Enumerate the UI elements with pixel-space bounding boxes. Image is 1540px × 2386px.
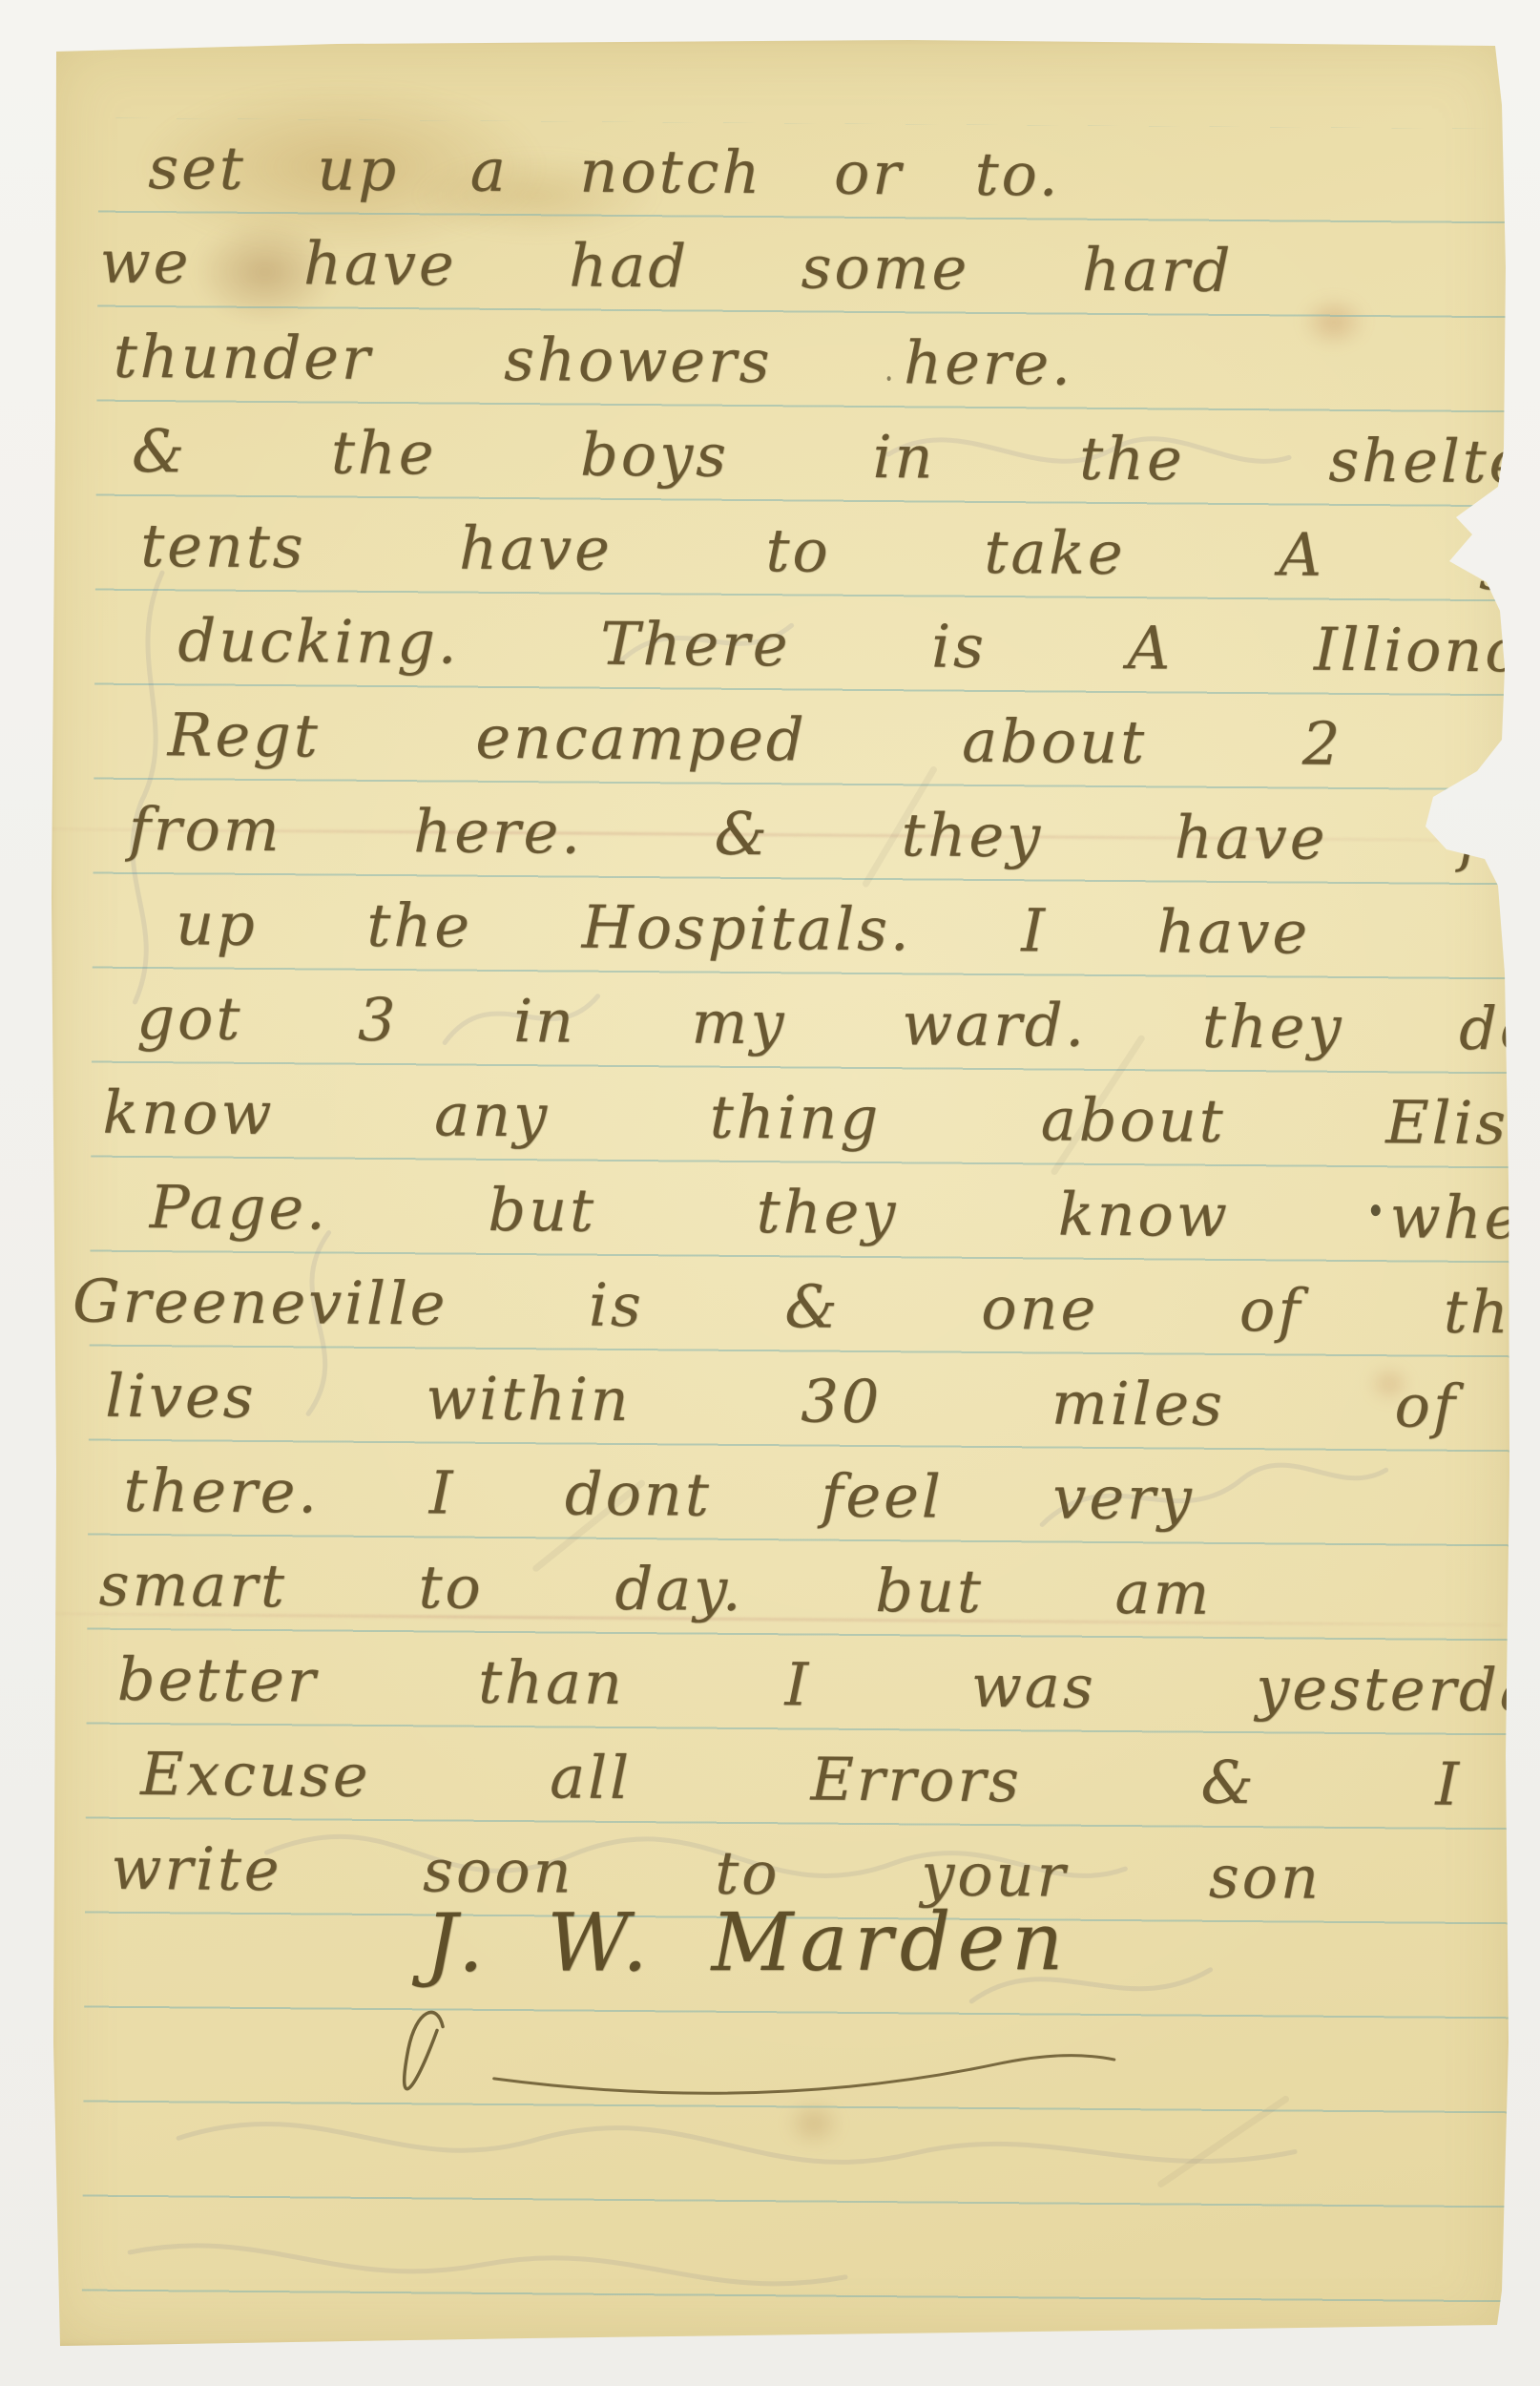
letter-page: set up a notch or to. we have had some h…	[51, 38, 1512, 2346]
ink-speck	[887, 376, 891, 381]
signature: J. W. Marden	[426, 1884, 1071, 2000]
photo-background: set up a notch or to. we have had some h…	[0, 0, 1540, 2386]
page-content: set up a notch or to. we have had some h…	[33, 37, 1513, 2356]
ink-speck	[1483, 839, 1490, 847]
ink-speck	[1371, 1204, 1381, 1216]
